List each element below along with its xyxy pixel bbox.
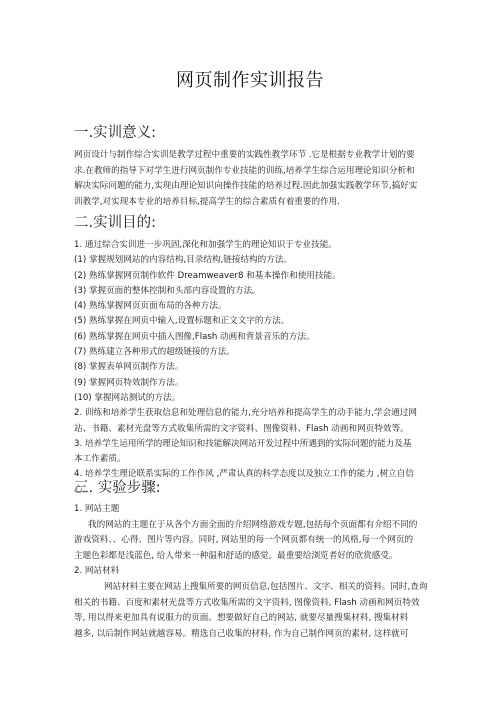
- paragraph-line: 相关的书籍、百度和素材光盘等方式收集所需的文字资料, 图像资料, Flash 动…: [74, 596, 430, 612]
- section-body-significance: 网页设计与制作综合实训是教学过程中重要的实践性教学环节 .它是根据专业教学计划的…: [74, 148, 430, 210]
- section-heading-purpose: 二.实训目的:: [74, 211, 156, 232]
- document-page: 网页制作实训报告 一.实训意义: 网页设计与制作综合实训是教学过程中重要的实践性…: [0, 0, 500, 707]
- list-item: (7) 熟练建立各种形式的超级链接的方法。: [74, 345, 430, 360]
- paragraph-line: 解决实际问题的能力,实现由理论知识向操作技能的培养过程.因此加强实践教学环节,搞…: [74, 179, 430, 195]
- list-item: (4) 熟练掌握网页页面布局的各种方法。: [74, 299, 430, 314]
- section-heading-significance: 一.实训意义:: [74, 121, 156, 142]
- section-body-purpose: 1. 通过综合实训进一步巩固,深化和加强学生的理论知识于专业技能。 (1) 掌握…: [74, 238, 430, 498]
- list-item: (9) 掌握网页特效制作方法。: [74, 376, 430, 391]
- list-item: (6) 熟练掌握在网页中插入图像,Flash 动画和背景音乐的方法。: [74, 330, 430, 345]
- list-item: 站、书籍、素材光盘等方式收集所需的文字资料、图像资料、Flash 动画和网页特效…: [74, 422, 430, 437]
- paragraph-line: 训教学,对实现本专业的培养目标,提高学生的综合素质有着重要的作用.: [74, 195, 430, 211]
- paragraph-line: 游戏资料、、心得、图片等内容。同时, 网站里的每一个网页都有统一的风格,每一个网…: [74, 533, 430, 549]
- list-item: (5) 熟练掌握在网页中输入,设置标题和正文文字的方法。: [74, 314, 430, 329]
- subsection-label-materials: 2. 网站材料: [74, 564, 430, 580]
- section-body-steps: 1. 网站主题 我的网站的主题在于从各个方面全面的介绍网络游戏专题,包括每个页面…: [74, 502, 430, 642]
- paragraph-line: 等, 用以得来更加具有说服力的页面。想要做好自己的网站, 就要尽量搜集材料, 搜…: [74, 611, 430, 627]
- list-item: (2) 熟练掌握网页制作软件 Dreamweaver8 和基本操作和使用技能。: [74, 269, 430, 284]
- section-heading-steps: 三. 实验步骤:: [74, 476, 161, 497]
- list-item: 2. 训练和培养学生获取信息和处理信息的能力,充分培养和提高学生的动手能力,学会…: [74, 406, 430, 421]
- paragraph-line: 求.在教师的指导下对学生进行网页制作专业技能的训练,培养学生综合运用理论知识分析…: [74, 164, 430, 180]
- list-item: (1) 掌握规划网站的内容结构,目录结构,链接结构的方法。: [74, 253, 430, 268]
- document-title: 网页制作实训报告: [0, 66, 500, 92]
- paragraph-line: 网站材料主要在网站上搜集所要的网页信息,包括图片、文字、相关的资料。同时,查询: [74, 580, 430, 596]
- list-item: 3. 培养学生运用所学的理论知识和技能解决网站开发过程中所遇到的实际问题的能力及…: [74, 437, 430, 452]
- list-item: (10) 掌握网站测试的方法。: [74, 391, 430, 406]
- paragraph-line: 我的网站的主题在于从各个方面全面的介绍网络游戏专题,包括每个页面都有介绍不同的: [74, 518, 430, 534]
- list-item: (3) 掌握页面的整体控制和头部内容设置的方法。: [74, 284, 430, 299]
- paragraph-line: 网页设计与制作综合实训是教学过程中重要的实践性教学环节 .它是根据专业教学计划的…: [74, 148, 430, 164]
- list-item: 1. 通过综合实训进一步巩固,深化和加强学生的理论知识于专业技能。: [74, 238, 430, 253]
- list-item: (8) 掌握表单网页制作方法。: [74, 360, 430, 375]
- subsection-label-theme: 1. 网站主题: [74, 502, 430, 518]
- paragraph-line: 主题色彩都是浅蓝色, 给人带来一种温和舒适的感觉。最重要给浏览者好的欣赏感受。: [74, 549, 430, 565]
- list-item: 本工作素质。: [74, 452, 430, 467]
- paragraph-line: 越多, 以后制作网站就越容易。精选自己收集的材料, 作为自己制作网页的素材, 这…: [74, 627, 430, 643]
